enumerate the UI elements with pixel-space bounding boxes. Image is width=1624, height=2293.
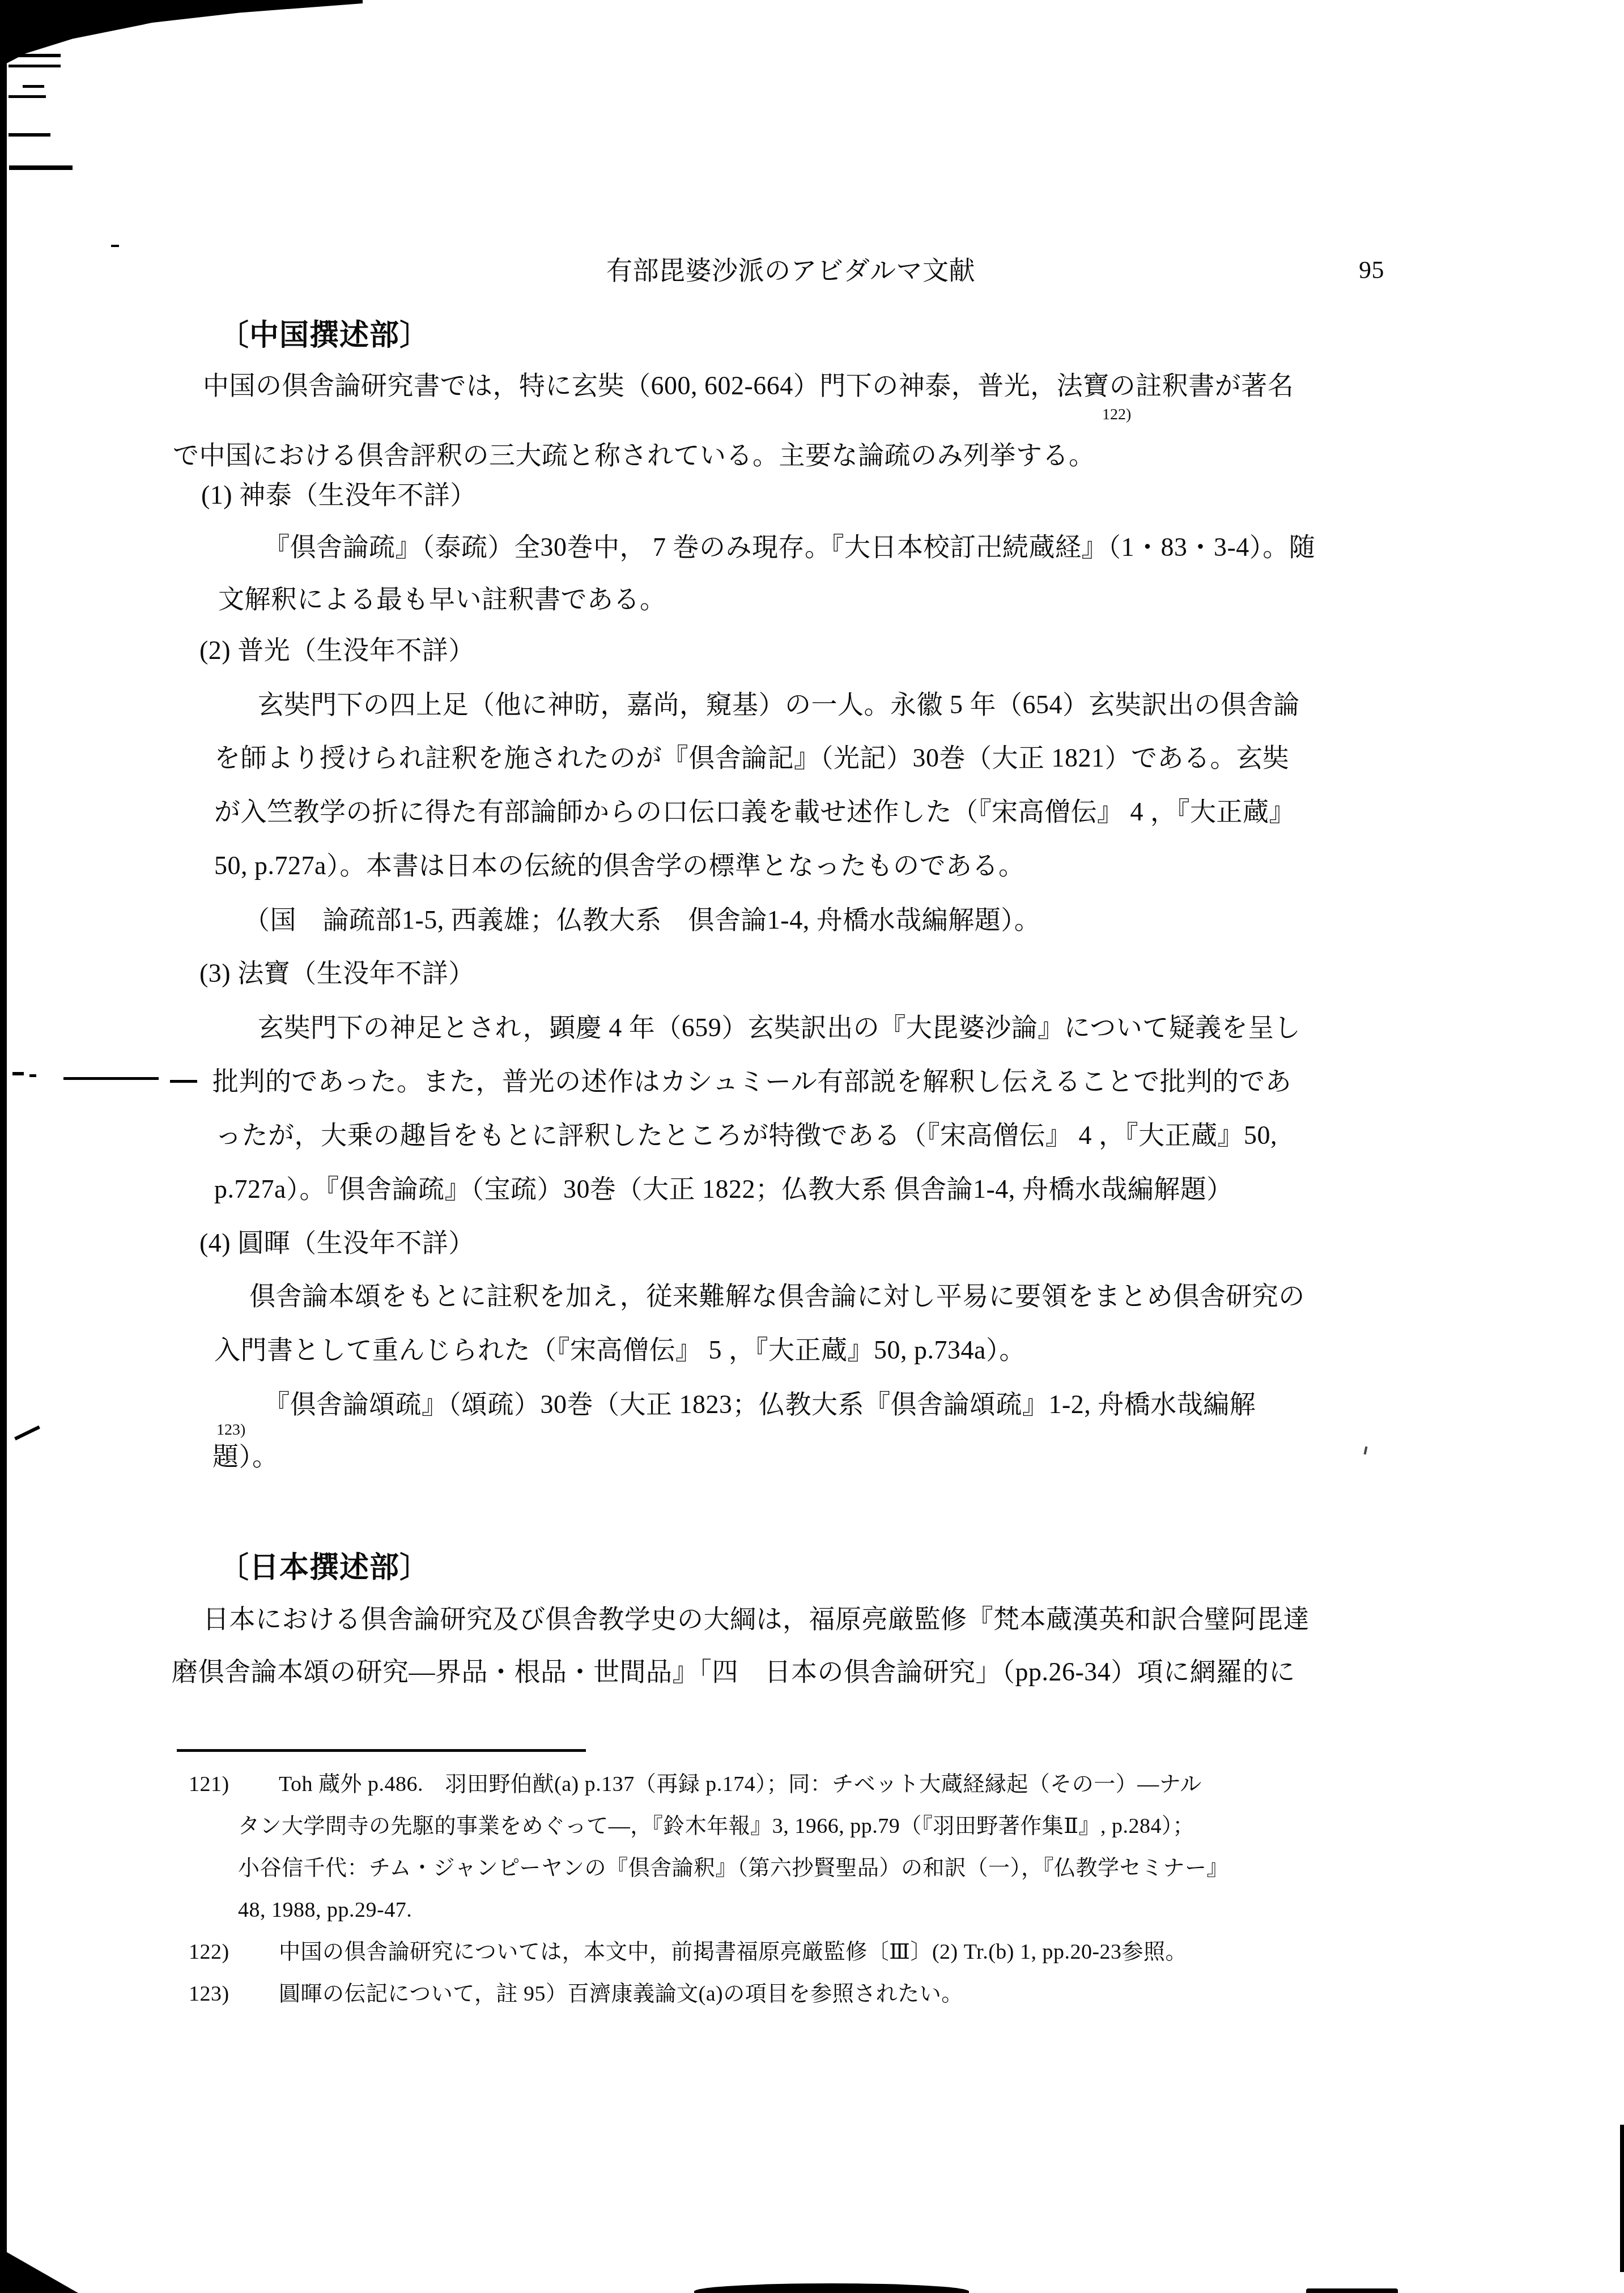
body-line: を師より授けられ註釈を施されたのが『倶舎論記』（光記）30巻（大正 1821）で…	[214, 743, 1289, 773]
scan-artifact-bottom-right-bar	[1306, 2288, 1398, 2293]
section-heading-japan: 〔日本撰述部〕	[219, 1551, 430, 1585]
body-line: 日本における倶舎論研究及び倶舎教学史の大綱は，福原亮厳監修『梵本蔵漢英和訳合璧阿…	[203, 1605, 1310, 1635]
body-line: 批判的であった。また，普光の述作はカシュミール有部説を解釈し伝えることで批判的で…	[212, 1067, 1291, 1097]
body-line: が入竺教学の折に得た有部論師からの口伝口義を載せ述作した（『宋高僧伝』 4 ，『…	[214, 797, 1295, 827]
scan-artifact-tick	[1364, 1447, 1368, 1455]
scan-artifact-dash	[170, 1080, 197, 1083]
footnote-number: 122)	[189, 1940, 229, 1965]
body-line: 文解釈による最も早い註釈書である。	[218, 585, 666, 615]
scan-artifact-dash	[12, 1072, 24, 1075]
list-item-1-heading: (1) 神泰（生没年不詳）	[201, 480, 477, 510]
body-line: 玄奘門下の四上足（他に神昉，嘉尚，窺基）の一人。永徽 5 年（654）玄奘訳出の…	[258, 690, 1300, 720]
footnote-separator	[177, 1749, 586, 1752]
footnote-number: 121)	[189, 1772, 229, 1797]
list-item-2-heading: (2) 普光（生没年不詳）	[199, 636, 475, 666]
scan-artifact-dash	[63, 1077, 159, 1080]
scan-artifact-dash	[9, 165, 73, 170]
page-number: 95	[1359, 256, 1384, 285]
scan-artifact-bottom-left-corner	[0, 2248, 78, 2293]
scanned-page: 有部毘婆沙派のアビダルマ文献 95 〔中国撰述部〕 中国の倶舎論研究書では，特に…	[0, 0, 1624, 2293]
body-line: （国 論疏部1-5, 西義雄；仏教大系 倶舎論1-4, 舟橋水哉編解題）。	[244, 905, 1040, 935]
body-line: 玄奘門下の神足とされ，顕慶 4 年（659）玄奘訳出の『大毘婆沙論』について疑義…	[258, 1013, 1300, 1043]
footnote-line: 中国の倶舎論研究については，本文中，前掲書福原亮厳監修〔Ⅲ〕(2) Tr.(b)…	[279, 1940, 1187, 1965]
scan-artifact-dash	[29, 1074, 36, 1077]
body-line: 入門書として重んじられた（『宋高僧伝』 5 ，『大正蔵』50, p.734a）。	[214, 1335, 1026, 1365]
scan-artifact-dash	[8, 54, 61, 57]
footnote-line: Toh 蔵外 p.486. 羽田野伯猷(a) p.137（再録 p.174）；同…	[279, 1772, 1202, 1797]
section-heading-china: 〔中国撰述部〕	[219, 319, 430, 353]
scan-artifact-speck	[111, 245, 119, 247]
footnote-line: 小谷信千代：チム・ジャンピーヤンの『倶舎論釈』（第六抄賢聖品）の和訳（一），『仏…	[238, 1856, 1228, 1881]
scan-artifact-left-edge-strip	[0, 51, 7, 2293]
body-line: ったが，大乗の趣旨をもとに評釈したところが特徴である（『宋高僧伝』 4 ，『大正…	[215, 1121, 1277, 1151]
scan-artifact-slash	[14, 1426, 40, 1440]
scan-artifact-dash	[8, 65, 61, 67]
body-line: で中国における倶舎評釈の三大疏と称されている。主要な論疏のみ列挙する。	[173, 441, 1095, 471]
body-line: 『倶舎論頌疏』（頌疏）30巻（大正 1823；仏教大系『倶舎論頌疏』1-2, 舟…	[263, 1390, 1256, 1420]
scan-artifact-dash	[23, 85, 44, 88]
footnote-line: タン大学問寺の先駆的事業をめぐって―，『鈴木年報』3, 1966, pp.79（…	[238, 1814, 1194, 1839]
body-line: 中国の倶舎論研究書では，特に玄奘（600, 602-664）門下の神泰，普光，法…	[203, 371, 1294, 401]
body-line: 『倶舎論疏』（泰疏）全30巻中， 7 巻のみ現存。『大日本校訂卍続蔵経』（1・8…	[263, 533, 1315, 563]
body-line: 磨倶舎論本頌の研究―界品・根品・世間品』「四 日本の倶舎論研究」（pp.26-3…	[172, 1657, 1295, 1687]
body-line: 題）。	[212, 1442, 279, 1472]
page-title: 有部毘婆沙派のアビダルマ文献	[606, 256, 975, 286]
scan-artifact-right-edge-strip	[1620, 2125, 1624, 2272]
body-line: 倶舎論本頌をもとに註釈を加え，従来難解な倶舎論に対し平易に要領をまとめ倶舎研究の	[249, 1282, 1305, 1312]
footnote-number: 123)	[189, 1982, 229, 2007]
list-item-3-heading: (3) 法寶（生没年不詳）	[199, 959, 475, 989]
body-line: p.727a）。『倶舎論疏』（宝疏）30巻（大正 1822；仏教大系 倶舎論1-…	[214, 1175, 1233, 1205]
scan-artifact-dash	[8, 95, 46, 98]
footnote-line: 圓暉の伝記について，註 95）百濟康義論文(a)の項目を参照されたい。	[279, 1982, 963, 2007]
footnote-ref-122: 122)	[1102, 406, 1131, 424]
list-item-4-heading: (4) 圓暉（生没年不詳）	[199, 1228, 475, 1258]
body-line: 50, p.727a）。本書は日本の伝統的倶舎学の標準となったものである。	[214, 851, 1024, 881]
scan-artifact-bottom-center-blob	[694, 2283, 969, 2293]
footnote-ref-123: 123)	[216, 1421, 245, 1439]
scan-artifact-dash	[8, 133, 50, 137]
footnote-line: 48, 1988, pp.29-47.	[238, 1898, 412, 1923]
